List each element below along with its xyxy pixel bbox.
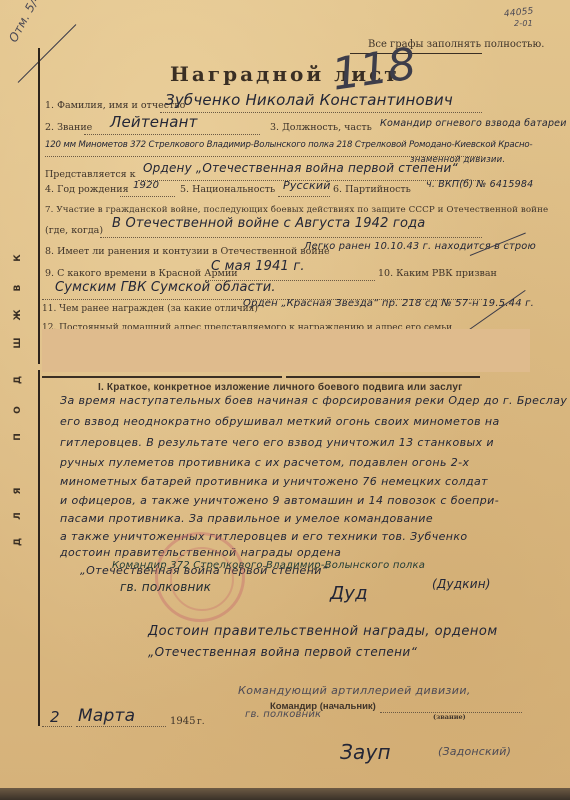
date-month: Марта [78,706,135,726]
regiment-commander-rank: гв. полковник [120,580,211,594]
section-1-heading: I. Краткое, конкретное изложение личного… [98,382,462,393]
archive-mark-bottom: 2-01 [514,19,533,28]
date-year-suffix: г. [197,717,205,727]
citation-line: его взвод неоднократно обрушивал меткий … [60,415,500,428]
field-3-value-line2: 120 мм Минометов 372 Стрелкового Владими… [45,140,532,150]
presented-label: Представляется к [45,169,136,180]
artillery-commander-signature: Зауп [340,740,391,764]
field-1-value: Зубченко Николай Константинович [165,91,453,109]
field-10-label: 10. Каким РВК призван [378,268,497,279]
section-separator-right [286,376,480,378]
date-month-line [76,726,166,727]
side-letter: Д [13,373,23,387]
field-5-line [278,196,330,197]
field-2-label: 2. Звание [45,122,92,133]
citation-line: ручных пулеметов противника с их расчето… [60,456,469,469]
field-7-value: В Отечественной войне с Августа 1942 год… [112,216,425,231]
field-1-line [160,112,482,113]
field-6-value: ч. ВКП(б) № 6415984 [426,179,533,190]
artillery-commander-rank: гв. полковник [245,709,321,720]
field-5-label: 5. Национальность [180,184,275,195]
regiment-commander-name: (Дудкин) [432,577,491,591]
field-9-value: С мая 1941 г. [211,259,305,274]
redacted-address-block [42,329,530,372]
field-11-label: 11. Чем ранее награжден (за какие отличи… [42,304,258,314]
citation-line: и офицеров, а также уничтожено 9 автомаш… [60,494,499,507]
field-4-label: 4. Год рождения [45,184,129,195]
field-11-value: Орден „Красная Звезда“ пр. 218 сд № 57-н… [243,298,534,309]
field-6-label: 6. Партийность [333,184,411,195]
side-letter: Я [13,484,23,498]
field-10-value: Сумским ГВК Сумской области. [55,280,276,295]
citation-line: гитлеровцев. В результате чего его взвод… [60,436,494,449]
rank-caption: (звание) [433,713,466,721]
field-4-line [120,196,175,197]
artillery-commander-title: Командующий артиллерией дивизии, [238,684,471,697]
official-seal-stamp [155,532,245,622]
field-2-value: Лейтенант [110,113,198,131]
field-8-label: 8. Имеет ли ранения и контузии в Отечест… [45,246,330,257]
field-7-label-line2: (где, когда) [45,225,103,236]
corner-slash-mark [18,24,77,83]
side-letter: Д [13,535,23,549]
endorsement-line-1: Достоин правительственной награды, орден… [148,624,498,639]
date-year: 1945 [170,716,195,727]
field-2-line [84,134,260,135]
field-4-value: 1920 [133,180,159,191]
scan-bottom-edge [0,788,570,800]
side-letter: В [13,281,23,295]
field-3-label: 3. Должность, часть [270,122,372,133]
field-3-value-line1: Командир огневого взвода батареи [380,118,567,129]
artillery-commander-name: (Задонский) [438,745,511,758]
endorsement-line-2: „Отечественная война первой степени“ [148,645,417,659]
field-9-label: 9. С какого времени в Красной Армии [45,268,238,279]
date-day-line [42,726,72,727]
corner-margin-note: Отм. 5/41 [6,0,47,45]
presented-award-value: Ордену „Отечественная война первой степе… [143,161,458,175]
archive-mark-top: 44055 [504,6,535,19]
field-11-strike-mark [468,290,526,331]
field-5-value: Русский [283,179,331,192]
regiment-commander-signature: Дуд [330,583,368,604]
side-letter: Ш [13,336,23,350]
side-letter: Л [13,509,23,523]
field-7-line [100,237,482,238]
side-letter: К [13,251,23,265]
citation-line: а также уничтоженных гитлеровцев и его т… [60,530,468,543]
citation-line: минометных батарей противника и уничтоже… [60,475,488,488]
field-7-label-line1: 7. Участие в гражданской войне, последую… [45,205,548,215]
side-letter: Ж [13,308,23,322]
citation-line: За время наступательных боев начиная с ф… [60,394,567,407]
award-sheet-page: 44055 2-01 Отм. 5/41 Все графы заполнять… [0,0,570,800]
date-day: 2 [50,708,60,726]
left-border-bottom [38,370,40,726]
left-border-top [38,48,40,364]
side-letter: П [13,430,23,444]
regiment-commander-title: Командир 372 Стрелкового Владимир-Волынс… [112,560,425,571]
side-letter: О [13,403,23,417]
section-separator-left [42,376,282,378]
citation-line: пасами противника. За правильное и умело… [60,512,433,525]
